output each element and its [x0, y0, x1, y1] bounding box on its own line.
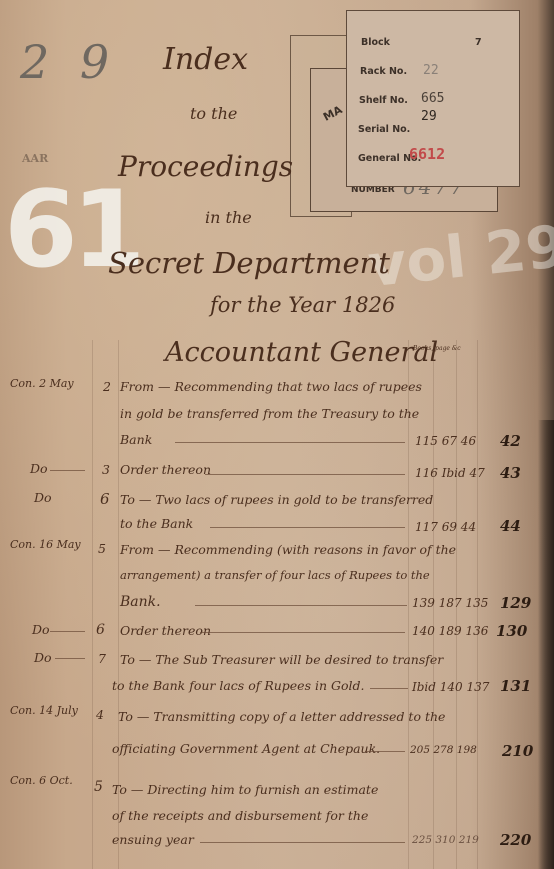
leader-line — [205, 474, 405, 475]
entry-date: Do — [30, 463, 48, 476]
entry-line: in gold be transferred from the Treasury… — [120, 408, 419, 421]
archive-label-front: Block 7 Rack No. 22 Shelf No. 665 Serial… — [346, 10, 520, 187]
entry-page: 129 — [500, 594, 531, 612]
entry-refs: 205 278 198 — [410, 744, 477, 756]
entry-refs: 139 187 135 — [412, 596, 488, 610]
entry-number: 5 — [94, 780, 103, 794]
entry-line: of the receipts and disbursement for the — [112, 810, 368, 823]
entry-line: To — Directing him to furnish an estimat… — [112, 784, 378, 797]
column-note: Books, page &c — [413, 345, 461, 352]
leader-line — [200, 632, 405, 633]
document-page: 2 9 AAR 61 vol 29 MA NUMBER 6477 Block 7… — [0, 0, 554, 869]
entry-date: Do — [34, 492, 52, 505]
title-year: for the Year 1826 — [210, 293, 395, 317]
entry-number: 4 — [96, 709, 104, 722]
entry-refs: 116 Ibid 47 — [415, 466, 485, 480]
entry-line: To — Transmitting copy of a letter addre… — [118, 711, 445, 724]
section-heading: Accountant General — [165, 337, 438, 368]
chalk-mark-right: vol 29 — [365, 212, 554, 300]
entry-line: to the Bank — [120, 518, 193, 531]
entry-page: 130 — [496, 622, 527, 640]
entry-date: Do — [34, 652, 52, 665]
entry-number: 5 — [98, 543, 106, 556]
entry-line: To — Two lacs of rupees in gold to be tr… — [120, 494, 433, 507]
entry-page: 220 — [500, 831, 531, 849]
title-department: Secret Department — [108, 246, 390, 280]
leader-line — [365, 751, 405, 752]
ditto-line — [55, 658, 85, 659]
entry-line: To — The Sub Treasurer will be desired t… — [120, 654, 443, 667]
entry-page: 131 — [500, 677, 531, 695]
ruled-line — [92, 340, 93, 869]
leader-line — [200, 842, 405, 843]
entry-number: 7 — [98, 653, 106, 666]
serial-value: 29 — [421, 109, 437, 124]
ditto-line — [50, 470, 85, 471]
entry-refs: 140 189 136 — [412, 624, 488, 638]
entry-page: 210 — [502, 742, 533, 760]
page-edge-shadow — [538, 420, 554, 869]
block-value: 7 — [475, 37, 482, 48]
entry-page: 44 — [500, 517, 521, 535]
entry-date: Con. 14 July — [10, 705, 78, 716]
entry-number: 3 — [102, 464, 110, 477]
entry-line: Order thereon — [120, 625, 211, 638]
entry-refs: 225 310 219 — [412, 834, 479, 846]
faint-mark: AAR — [22, 152, 48, 165]
entry-number: 2 — [103, 381, 111, 394]
entry-page: 42 — [500, 432, 521, 450]
title-to-the: to the — [190, 104, 237, 123]
entry-line: From — Recommending (with reasons in fav… — [120, 544, 456, 557]
entry-line: arrangement) a transfer of four lacs of … — [120, 570, 430, 582]
entry-line: Bank. — [120, 595, 161, 609]
leader-line — [210, 527, 405, 528]
entry-refs: Ibid 140 137 — [412, 680, 489, 694]
entry-line: Order thereon — [120, 464, 211, 477]
leader-line — [175, 442, 405, 443]
leader-line — [370, 688, 408, 689]
entry-date: Con. 6 Oct. — [10, 775, 73, 786]
serial-label: Serial No. — [358, 124, 410, 135]
entry-line: From — Recommending that two lacs of rup… — [120, 381, 422, 394]
entry-line: ensuing year — [112, 834, 194, 847]
entry-date: Con. 2 May — [10, 378, 74, 389]
entry-page: 43 — [500, 464, 521, 482]
shelf-value: 665 — [421, 91, 444, 106]
entry-date: Do — [32, 624, 50, 637]
rack-label: Rack No. — [360, 66, 407, 77]
entry-number: 6 — [100, 492, 110, 507]
entry-refs: 117 69 44 — [415, 520, 476, 534]
ditto-line — [50, 631, 85, 632]
shelf-label: Shelf No. — [359, 95, 408, 106]
title-proceedings: Proceedings — [118, 150, 293, 183]
entry-line: to the Bank four lacs of Rupees in Gold. — [112, 680, 364, 693]
pencil-volume-number: 2 9 — [20, 35, 117, 89]
entry-refs: 115 67 46 — [415, 434, 476, 448]
entry-date: Con. 16 May — [10, 539, 81, 550]
ma-stamp: MA — [321, 103, 344, 124]
leader-line — [195, 605, 407, 606]
entry-line: officiating Government Agent at Chepauk. — [112, 743, 380, 756]
general-value: 6612 — [409, 145, 445, 163]
block-label: Block — [361, 37, 390, 48]
entry-number: 6 — [96, 623, 105, 637]
entry-line: Bank — [120, 434, 152, 447]
rack-value: 22 — [423, 63, 439, 78]
title-index: Index — [163, 42, 248, 77]
title-in-the: in the — [205, 208, 252, 227]
